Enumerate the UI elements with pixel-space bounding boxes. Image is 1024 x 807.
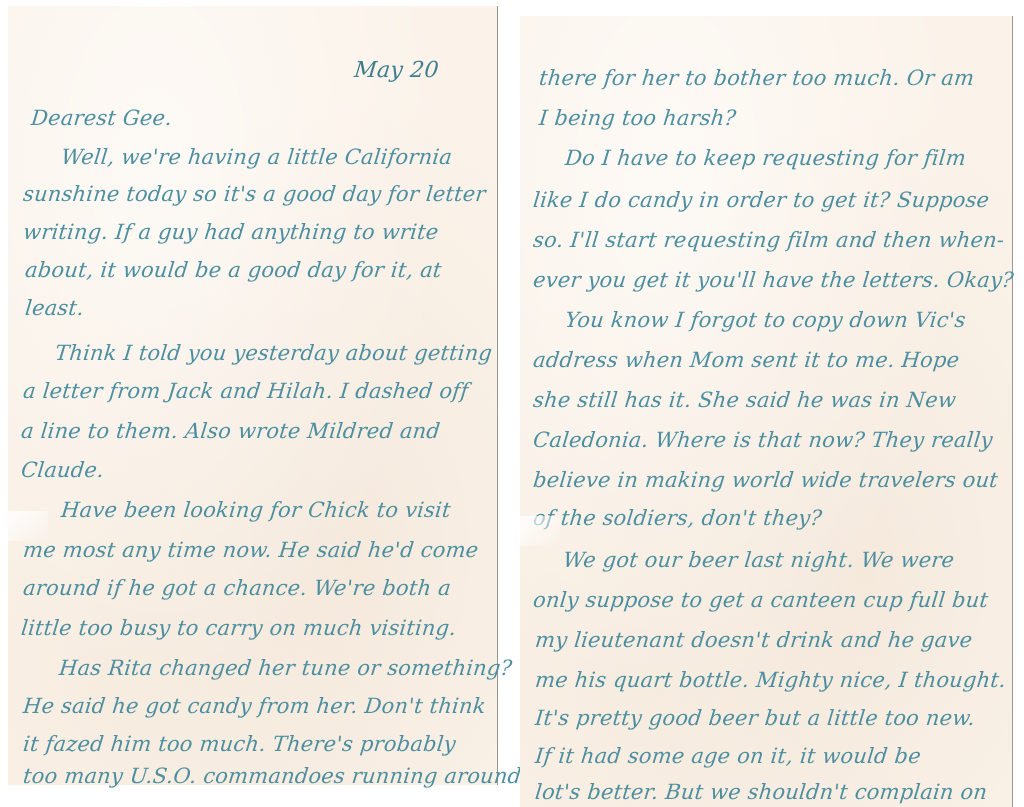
letter-line: lot's better. But we shouldn't complain …	[534, 780, 988, 804]
letter-line: Think I told you yesterday about getting	[54, 341, 493, 365]
letter-line: too many U.S.O. commandoes running aroun…	[22, 764, 523, 788]
letter-line: sunshine today so it's a good day for le…	[22, 182, 487, 206]
letter-page-left: May 20 Dearest Gee. Well, we're having a…	[8, 6, 497, 785]
letter-date: May 20	[353, 58, 440, 83]
letter-line: writing. If a guy had anything to write	[22, 220, 440, 244]
letter-line: You know I forgot to copy down Vic's	[564, 308, 967, 332]
letter-line: Caledonia. Where is that now? They reall…	[532, 428, 994, 452]
letter-line: If it had some age on it, it would be	[534, 744, 922, 768]
letter-line: only suppose to get a canteen cup full b…	[532, 588, 990, 612]
letter-line: me his quart bottle. Mighty nice, I thou…	[534, 668, 1007, 692]
letter-line: It's pretty good beer but a little too n…	[534, 706, 976, 730]
letter-line: Have been looking for Chick to visit	[60, 498, 452, 522]
paper-crease	[520, 516, 560, 546]
letter-line: around if he got a chance. We're both a	[22, 576, 452, 600]
letter-line: my lieutenant doesn't drink and he gave	[534, 628, 974, 652]
letter-line: We got our beer last night. We were	[562, 548, 956, 572]
letter-line: believe in making world wide travelers o…	[532, 468, 999, 492]
letter-line: a letter from Jack and Hilah. I dashed o…	[22, 379, 470, 403]
letter-line: like I do candy in order to get it? Supp…	[532, 188, 991, 212]
letter-line: of the soldiers, don't they?	[532, 506, 823, 530]
letter-line: Claude.	[20, 458, 105, 482]
letter-line: least.	[24, 296, 85, 320]
letter-page-right: there for her to bother too much. Or am …	[520, 16, 1012, 807]
letter-line: I being too harsh?	[538, 106, 737, 130]
letter-line: Do I have to keep requesting for film	[564, 146, 967, 170]
letter-line: about, it would be a good day for it, at	[24, 258, 443, 282]
letter-line: she still has it. She said he was in New	[532, 388, 957, 412]
letter-line: so. I'll start requesting film and then …	[532, 228, 1006, 252]
letter-line: Well, we're having a little California	[60, 145, 453, 169]
letter-line: little too busy to carry on much visitin…	[20, 616, 458, 640]
letter-salutation: Dearest Gee.	[30, 106, 173, 130]
letter-line: a line to them. Also wrote Mildred and	[20, 419, 441, 443]
letter-line: it fazed him too much. There's probably	[22, 732, 457, 756]
paper-crease	[8, 511, 48, 541]
letter-line: there for her to bother too much. Or am	[538, 66, 975, 90]
letter-line: ever you get it you'll have the letters.…	[532, 268, 1015, 292]
letter-line: He said he got candy from her. Don't thi…	[22, 694, 487, 718]
letter-line: me most any time now. He said he'd come	[22, 538, 480, 562]
letter-line: Has Rita changed her tune or something?	[58, 656, 513, 680]
letter-line: address when Mom sent it to me. Hope	[532, 348, 961, 372]
